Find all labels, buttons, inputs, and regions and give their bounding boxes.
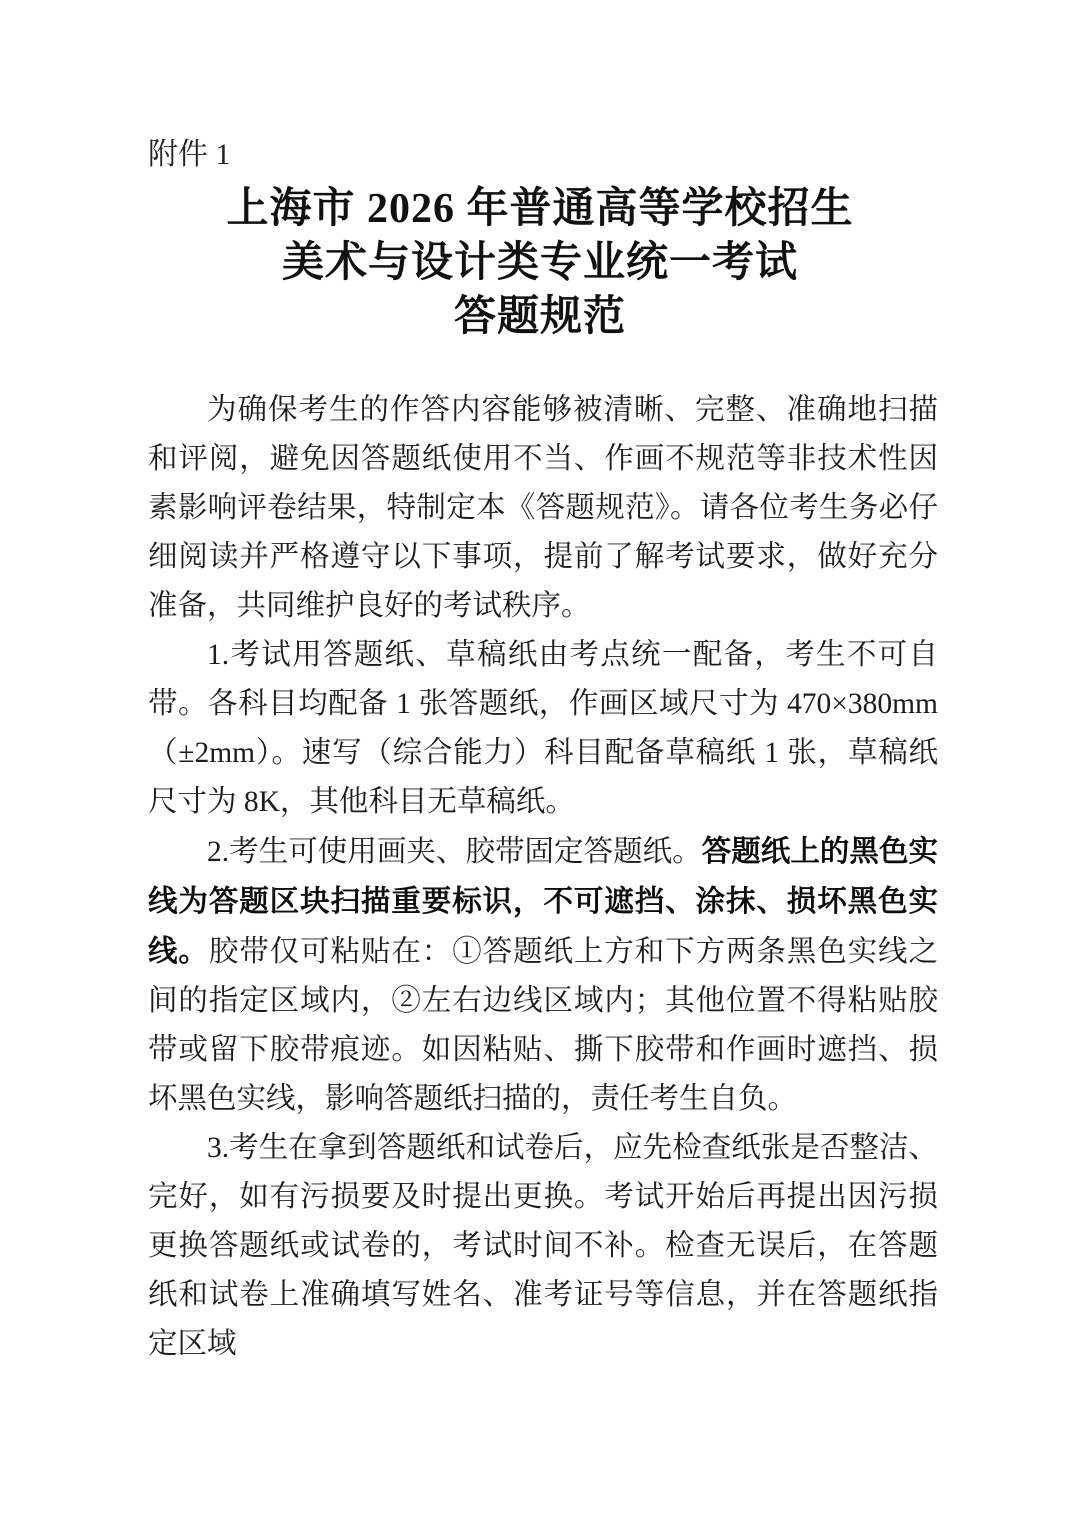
title-line-2: 美术与设计类专业统一考试 xyxy=(0,236,1080,290)
text-segment: 3.考生在拿到答题纸和试卷后，应先检查纸张是否整洁、完好，如有污损要及时提出更换… xyxy=(148,1132,938,1360)
document-page: 附件 1 上海市 2026 年普通高等学校招生 美术与设计类专业统一考试 答题规… xyxy=(0,0,1080,1527)
text-segment: 2.考生可使用画夹、胶带固定答题纸。 xyxy=(207,836,702,868)
title-line-1: 上海市 2026 年普通高等学校招生 xyxy=(0,182,1080,236)
paragraph-item-2: 2.考生可使用画夹、胶带固定答题纸。答题纸上的黑色实线为答题区块扫描重要标识，不… xyxy=(148,827,938,1124)
document-title: 上海市 2026 年普通高等学校招生 美术与设计类专业统一考试 答题规范 xyxy=(0,182,1080,344)
document-body: 为确保考生的作答内容能够被清晰、完整、准确地扫描和评阅，避免因答题纸使用不当、作… xyxy=(148,386,938,1369)
text-segment: 1.考试用答题纸、草稿纸由考点统一配备，考生不可自带。各科目均配备 1 张答题纸… xyxy=(148,639,938,818)
paragraph-intro: 为确保考生的作答内容能够被清晰、完整、准确地扫描和评阅，避免因答题纸使用不当、作… xyxy=(148,386,938,631)
attachment-label: 附件 1 xyxy=(148,138,231,172)
text-segment: 为确保考生的作答内容能够被清晰、完整、准确地扫描和评阅，避免因答题纸使用不当、作… xyxy=(148,394,938,622)
text-segment: 胶带仅可粘贴在：①答题纸上方和下方两条黑色实线之间的指定区域内，②左右边线区域内… xyxy=(148,936,938,1115)
title-line-3: 答题规范 xyxy=(0,290,1080,344)
paragraph-item-3: 3.考生在拿到答题纸和试卷后，应先检查纸张是否整洁、完好，如有污损要及时提出更换… xyxy=(148,1124,938,1369)
paragraph-item-1: 1.考试用答题纸、草稿纸由考点统一配备，考生不可自带。各科目均配备 1 张答题纸… xyxy=(148,631,938,827)
